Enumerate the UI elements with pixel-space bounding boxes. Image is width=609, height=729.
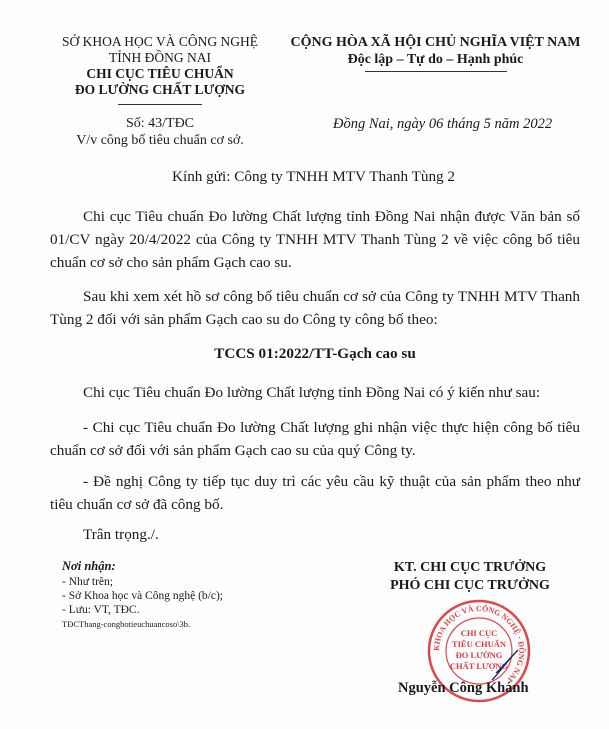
file-reference: TĐCThang-congbotieuchuancoso\3b. <box>62 619 190 629</box>
svg-text:CHI CỤC: CHI CỤC <box>461 628 498 638</box>
agency-name-line2: ĐO LƯỜNG CHẤT LƯỢNG <box>40 82 280 98</box>
recipients-item: - Như trên; <box>62 576 113 590</box>
paragraph-review: Sau khi xem xét hồ sơ công bố tiêu chuẩn… <box>50 285 580 331</box>
signature-title-1: KT. CHI CỤC TRƯỞNG <box>355 560 585 576</box>
recipients-item: - Sở Khoa học và Công nghệ (b/c); <box>62 590 223 604</box>
nation-name: CỘNG HÒA XÃ HỘI CHỦ NGHĨA VIỆT NAM <box>283 34 588 51</box>
header-right: CỘNG HÒA XÃ HỘI CHỦ NGHĨA VIỆT NAM Độc l… <box>283 34 588 68</box>
closing: Trân trọng./. <box>83 523 159 546</box>
paragraph-acknowledge: - Chi cục Tiêu chuẩn Đo lường Chất lượng… <box>50 416 580 462</box>
paragraph-received: Chi cục Tiêu chuẩn Đo lường Chất lượng t… <box>50 205 580 274</box>
recipient: Kính gửi: Công ty TNHH MTV Thanh Tùng 2 <box>172 165 455 188</box>
header-left-divider <box>118 104 202 105</box>
document-number: Số: 43/TĐC <box>40 116 280 132</box>
ministry-name: SỞ KHOA HỌC VÀ CÔNG NGHỆ <box>40 34 280 50</box>
paragraph-request: - Đề nghị Công ty tiếp tục duy trì các y… <box>50 470 580 516</box>
standard-code: TCCS 01:2022/TT-Gạch cao su <box>50 342 580 365</box>
province-name: TỈNH ĐỒNG NAI <box>40 50 280 66</box>
svg-text:ĐO LƯỜNG: ĐO LƯỜNG <box>456 650 503 660</box>
signature-title-2: PHÓ CHI CỤC TRƯỞNG <box>355 578 585 594</box>
recipients-item: - Lưu: VT, TĐC. <box>62 604 139 618</box>
agency-name-line1: CHI CỤC TIÊU CHUẨN <box>40 66 280 82</box>
place-and-date: Đồng Nai, ngày 06 tháng 5 năm 2022 <box>333 116 552 133</box>
header-left: SỞ KHOA HỌC VÀ CÔNG NGHỆ TỈNH ĐỒNG NAI C… <box>40 34 280 98</box>
svg-text:TIÊU CHUẨN: TIÊU CHUẨN <box>452 639 507 649</box>
national-motto: Độc lập – Tự do – Hạnh phúc <box>283 51 588 68</box>
signer-name: Nguyễn Công Khánh <box>398 680 529 697</box>
paragraph-opinion: Chi cục Tiêu chuẩn Đo lường Chất lượng t… <box>50 381 580 404</box>
recipients-title: Nơi nhận: <box>62 560 116 574</box>
header-right-divider <box>365 71 507 72</box>
document-subject: V/v công bố tiêu chuẩn cơ sở. <box>40 133 280 149</box>
